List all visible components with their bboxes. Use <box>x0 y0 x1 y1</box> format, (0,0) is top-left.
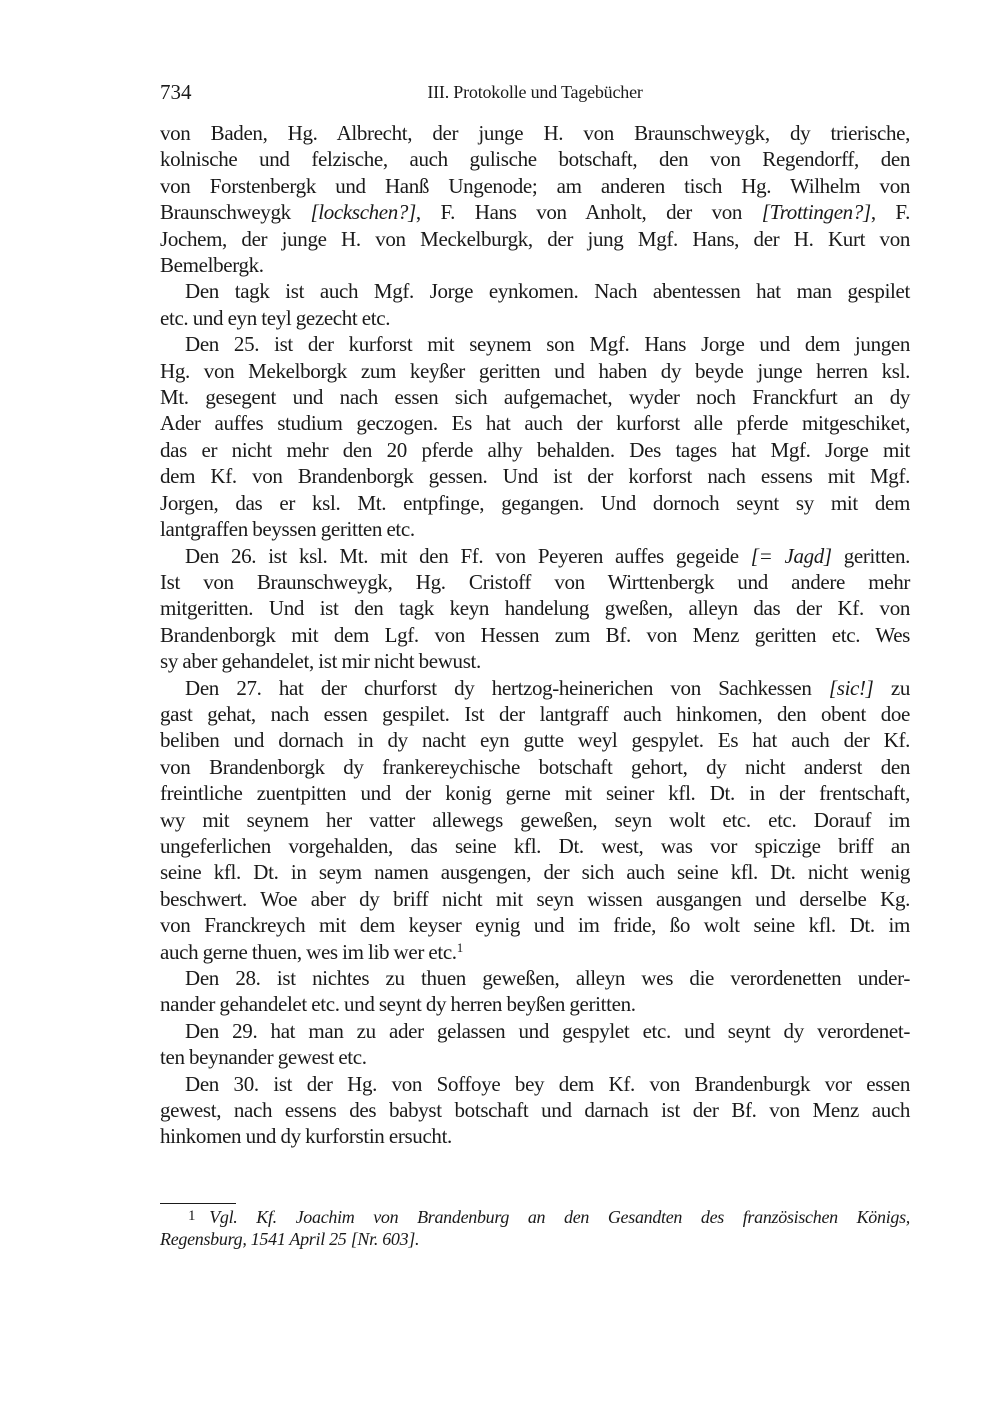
paragraph: Den 30. ist der Hg. von Soffoye bey dem … <box>160 1071 910 1150</box>
text-line: Bemelbergk. <box>160 252 910 278</box>
text-segment: wy mit seynem her vatter allewegs geweße… <box>160 808 910 832</box>
footnote-reference[interactable]: 1 <box>457 940 463 955</box>
text-segment: , F. <box>871 200 910 224</box>
text-segment: Den tagk ist auch Mgf. Jorge eynkomen. N… <box>185 279 910 303</box>
text-line: von Baden, Hg. Albrecht, der junge H. vo… <box>160 120 910 146</box>
text-segment: zu <box>874 676 911 700</box>
editorial-insertion: [lockschen?] <box>310 200 415 224</box>
text-segment: Ist von Braunschweygk, Hg. Cristoff von … <box>160 570 910 594</box>
editorial-insertion: [= Jagd] <box>751 544 832 568</box>
text-line: ungeferlichen vorgehalden, das seine kfl… <box>160 833 910 859</box>
text-line: Jochem, der junge H. von Meckelburgk, de… <box>160 226 910 252</box>
text-segment: dem Kf. von Brandenborgk gessen. Und ist… <box>160 464 910 488</box>
text-line: von Franckreych mit dem keyser eynig und… <box>160 912 910 938</box>
text-line: lantgraffen beyssen geritten etc. <box>160 516 910 542</box>
text-line: Den 27. hat der churforst dy hertzog-hei… <box>160 675 910 701</box>
text-line: Den 29. hat man zu ader gelassen und ges… <box>160 1018 910 1044</box>
footnote-line: 1Vgl. Kf. Joachim von Brandenburg an den… <box>160 1207 910 1229</box>
text-segment: Den 27. hat der churforst dy hertzog-hei… <box>185 676 829 700</box>
running-head: 734 III. Protokolle und Tagebücher <box>160 78 910 106</box>
text-line: gewest, nach essens des babyst botschaft… <box>160 1097 910 1123</box>
text-segment: geritten. <box>832 544 910 568</box>
text-line: Mt. gesegent und nach essen sich aufgema… <box>160 384 910 410</box>
text-segment: freintliche zuentpitten und der konig ge… <box>160 781 910 805</box>
text-segment: sy aber gehandelet, ist mir nicht bewust… <box>160 649 481 673</box>
text-segment: von Brandenborgk dy frankereychische bot… <box>160 755 910 779</box>
text-segment: Mt. gesegent und nach essen sich aufgema… <box>160 385 910 409</box>
text-line: Den tagk ist auch Mgf. Jorge eynkomen. N… <box>160 278 910 304</box>
text-segment: auch gerne thuen, wes im lib wer etc. <box>160 940 457 964</box>
text-segment: etc. und eyn teyl gezecht etc. <box>160 306 390 330</box>
text-segment: Jorgen, das er ksl. Mt. entpfinge, gegan… <box>160 491 910 515</box>
text-line: nander gehandelet etc. und seynt dy herr… <box>160 991 910 1017</box>
text-segment: ungeferlichen vorgehalden, das seine kfl… <box>160 834 910 858</box>
text-segment: von Franckreych mit dem keyser eynig und… <box>160 913 910 937</box>
text-line: sy aber gehandelet, ist mir nicht bewust… <box>160 648 910 674</box>
text-line: Den 28. ist nichtes zu thuen geweßen, al… <box>160 965 910 991</box>
paragraph: Den 25. ist der kurforst mit seynem son … <box>160 331 910 542</box>
text-segment: gast gehat, nach essen gespilet. Ist der… <box>160 702 910 726</box>
paragraph: Den tagk ist auch Mgf. Jorge eynkomen. N… <box>160 278 910 331</box>
text-line: seine kfl. Dt. in seym namen ausgengen, … <box>160 859 910 885</box>
text-segment: Ader auffes studium geczogen. Es hat auc… <box>160 411 910 435</box>
text-line: ten beynander gewest etc. <box>160 1044 910 1070</box>
text-segment: Braunschweygk <box>160 200 310 224</box>
paragraph: von Baden, Hg. Albrecht, der junge H. vo… <box>160 120 910 278</box>
text-line: Braunschweygk [lockschen?], F. Hans von … <box>160 199 910 225</box>
text-line: auch gerne thuen, wes im lib wer etc.1 <box>160 939 910 965</box>
text-segment: Den 26. ist ksl. Mt. mit den Ff. von Pey… <box>185 544 751 568</box>
footnote-number: 1 <box>188 1206 195 1226</box>
text-segment: Bemelbergk. <box>160 253 264 277</box>
text-segment: seine kfl. Dt. in seym namen ausgengen, … <box>160 860 910 884</box>
text-segment: das er nicht mehr den 20 pferde alhy beh… <box>160 438 910 462</box>
text-line: kolnische und felzische, auch gulische b… <box>160 146 910 172</box>
text-line: beliben und dornach in dy nacht eyn gutt… <box>160 727 910 753</box>
text-line: Ader auffes studium geczogen. Es hat auc… <box>160 410 910 436</box>
text-line: Den 26. ist ksl. Mt. mit den Ff. von Pey… <box>160 543 910 569</box>
text-segment: Den 29. hat man zu ader gelassen und ges… <box>185 1019 910 1043</box>
text-segment: Den 25. ist der kurforst mit seynem son … <box>185 332 910 356</box>
footnote-line: Regensburg, 1541 April 25 [Nr. 603]. <box>160 1229 910 1249</box>
text-line: Den 25. ist der kurforst mit seynem son … <box>160 331 910 357</box>
text-line: Jorgen, das er ksl. Mt. entpfinge, gegan… <box>160 490 910 516</box>
text-line: gast gehat, nach essen gespilet. Ist der… <box>160 701 910 727</box>
text-segment: Hg. von Mekelborgk zum keyßer geritten u… <box>160 359 910 383</box>
text-line: das er nicht mehr den 20 pferde alhy beh… <box>160 437 910 463</box>
text-line: beschwert. Woe aber dy briff nicht mit s… <box>160 886 910 912</box>
paragraph: Den 28. ist nichtes zu thuen geweßen, al… <box>160 965 910 1018</box>
footnote-text: Regensburg, 1541 April 25 [Nr. 603]. <box>160 1229 419 1249</box>
text-segment: hinkomen und dy kurforstin ersucht. <box>160 1124 452 1148</box>
text-segment: Den 30. ist der Hg. von Soffoye bey dem … <box>185 1072 910 1096</box>
text-segment: Jochem, der junge H. von Meckelburgk, de… <box>160 227 910 251</box>
body-text: von Baden, Hg. Albrecht, der junge H. vo… <box>160 120 910 1150</box>
text-segment: Brandenborgk mit dem Lgf. von Hessen zum… <box>160 623 910 647</box>
text-line: Ist von Braunschweygk, Hg. Cristoff von … <box>160 569 910 595</box>
text-line: freintliche zuentpitten und der konig ge… <box>160 780 910 806</box>
running-title: III. Protokolle und Tagebücher <box>160 78 910 106</box>
text-line: Hg. von Mekelborgk zum keyßer geritten u… <box>160 358 910 384</box>
editorial-insertion: [Trottingen?] <box>762 200 871 224</box>
footnotes: 1Vgl. Kf. Joachim von Brandenburg an den… <box>160 1207 910 1249</box>
text-segment: mitgeritten. Und ist den tagk keyn hande… <box>160 596 910 620</box>
text-segment: von Baden, Hg. Albrecht, der junge H. vo… <box>160 121 910 145</box>
text-line: von Brandenborgk dy frankereychische bot… <box>160 754 910 780</box>
text-line: Brandenborgk mit dem Lgf. von Hessen zum… <box>160 622 910 648</box>
editorial-insertion: [sic!] <box>829 676 874 700</box>
document-page: 734 III. Protokolle und Tagebücher von B… <box>160 0 910 1418</box>
text-line: von Forstenbergk und Hanß Ungenode; am a… <box>160 173 910 199</box>
text-segment: lantgraffen beyssen geritten etc. <box>160 517 415 541</box>
text-segment: beliben und dornach in dy nacht eyn gutt… <box>160 728 910 752</box>
text-segment: , F. Hans von Anholt, der von <box>416 200 762 224</box>
text-line: hinkomen und dy kurforstin ersucht. <box>160 1123 910 1149</box>
paragraph: Den 29. hat man zu ader gelassen und ges… <box>160 1018 910 1071</box>
text-line: wy mit seynem her vatter allewegs geweße… <box>160 807 910 833</box>
text-segment: ten beynander gewest etc. <box>160 1045 367 1069</box>
footnote-text: Vgl. Kf. Joachim von Brandenburg an den … <box>209 1207 910 1227</box>
text-line: Den 30. ist der Hg. von Soffoye bey dem … <box>160 1071 910 1097</box>
text-line: mitgeritten. Und ist den tagk keyn hande… <box>160 595 910 621</box>
text-segment: beschwert. Woe aber dy briff nicht mit s… <box>160 887 910 911</box>
text-segment: nander gehandelet etc. und seynt dy herr… <box>160 992 636 1016</box>
text-segment: gewest, nach essens des babyst botschaft… <box>160 1098 910 1122</box>
footnote-separator <box>160 1203 236 1204</box>
text-line: etc. und eyn teyl gezecht etc. <box>160 305 910 331</box>
text-segment: Den 28. ist nichtes zu thuen geweßen, al… <box>185 966 910 990</box>
paragraph: Den 27. hat der churforst dy hertzog-hei… <box>160 675 910 965</box>
text-line: dem Kf. von Brandenborgk gessen. Und ist… <box>160 463 910 489</box>
text-segment: kolnische und felzische, auch gulische b… <box>160 147 910 171</box>
paragraph: Den 26. ist ksl. Mt. mit den Ff. von Pey… <box>160 543 910 675</box>
text-segment: von Forstenbergk und Hanß Ungenode; am a… <box>160 174 910 198</box>
